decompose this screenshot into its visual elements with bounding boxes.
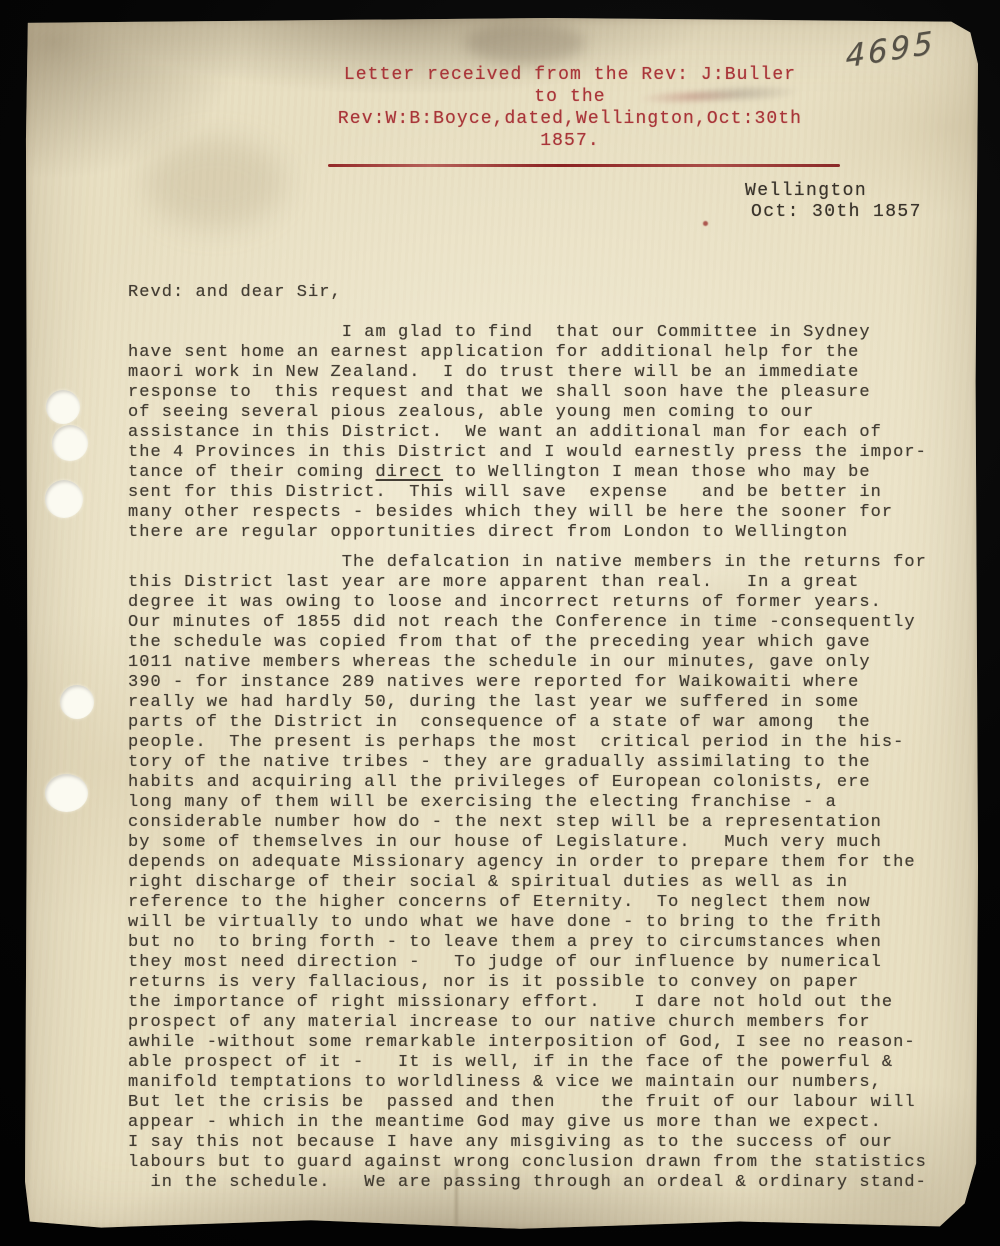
punch-hole [45,774,88,812]
letter-header: Letter received from the Rev: J:Buller t… [333,64,807,152]
line-text-post: to Wellington I mean those who may be [443,463,871,482]
punch-hole [45,480,83,518]
dateline-place: Wellington [745,181,922,202]
punch-hole [46,390,80,424]
header-title-line-3: Rev:W:B:Boyce,dated,Wellington,Oct:30th [333,108,807,130]
paragraph-1-underline-line: tance of their coming direct to Wellingt… [128,463,988,483]
punch-hole [52,425,88,461]
red-ink-speck [703,221,708,226]
letter-body: Revd: and dear Sir, I am glad to find th… [128,283,988,1193]
paper-stain [465,22,585,64]
paper-stain [145,138,285,228]
paragraph-1-lines-a: I am glad to find that our Committee in … [128,323,988,463]
line-text-pre: tance of their coming [128,463,376,482]
underlined-word: direct [376,463,444,482]
paragraph-1: I am glad to find that our Committee in … [128,323,988,543]
dateline: Wellington Oct: 30th 1857 [745,181,922,223]
punch-hole [60,685,94,719]
salutation: Revd: and dear Sir, [128,283,988,303]
letter-page: 4695 Letter received from the Rev: J:Bul… [25,18,978,1230]
paragraph-2: The defalcation in native members in the… [128,553,988,1193]
handwritten-number: 4695 [845,25,935,76]
paragraph-2-lines: The defalcation in native members in the… [128,553,988,1193]
header-rule [328,164,840,167]
paragraph-1-lines-b: sent for this District. This will save e… [128,483,988,543]
header-title-line-4: 1857. [333,130,807,152]
dateline-date: Oct: 30th 1857 [745,202,922,223]
